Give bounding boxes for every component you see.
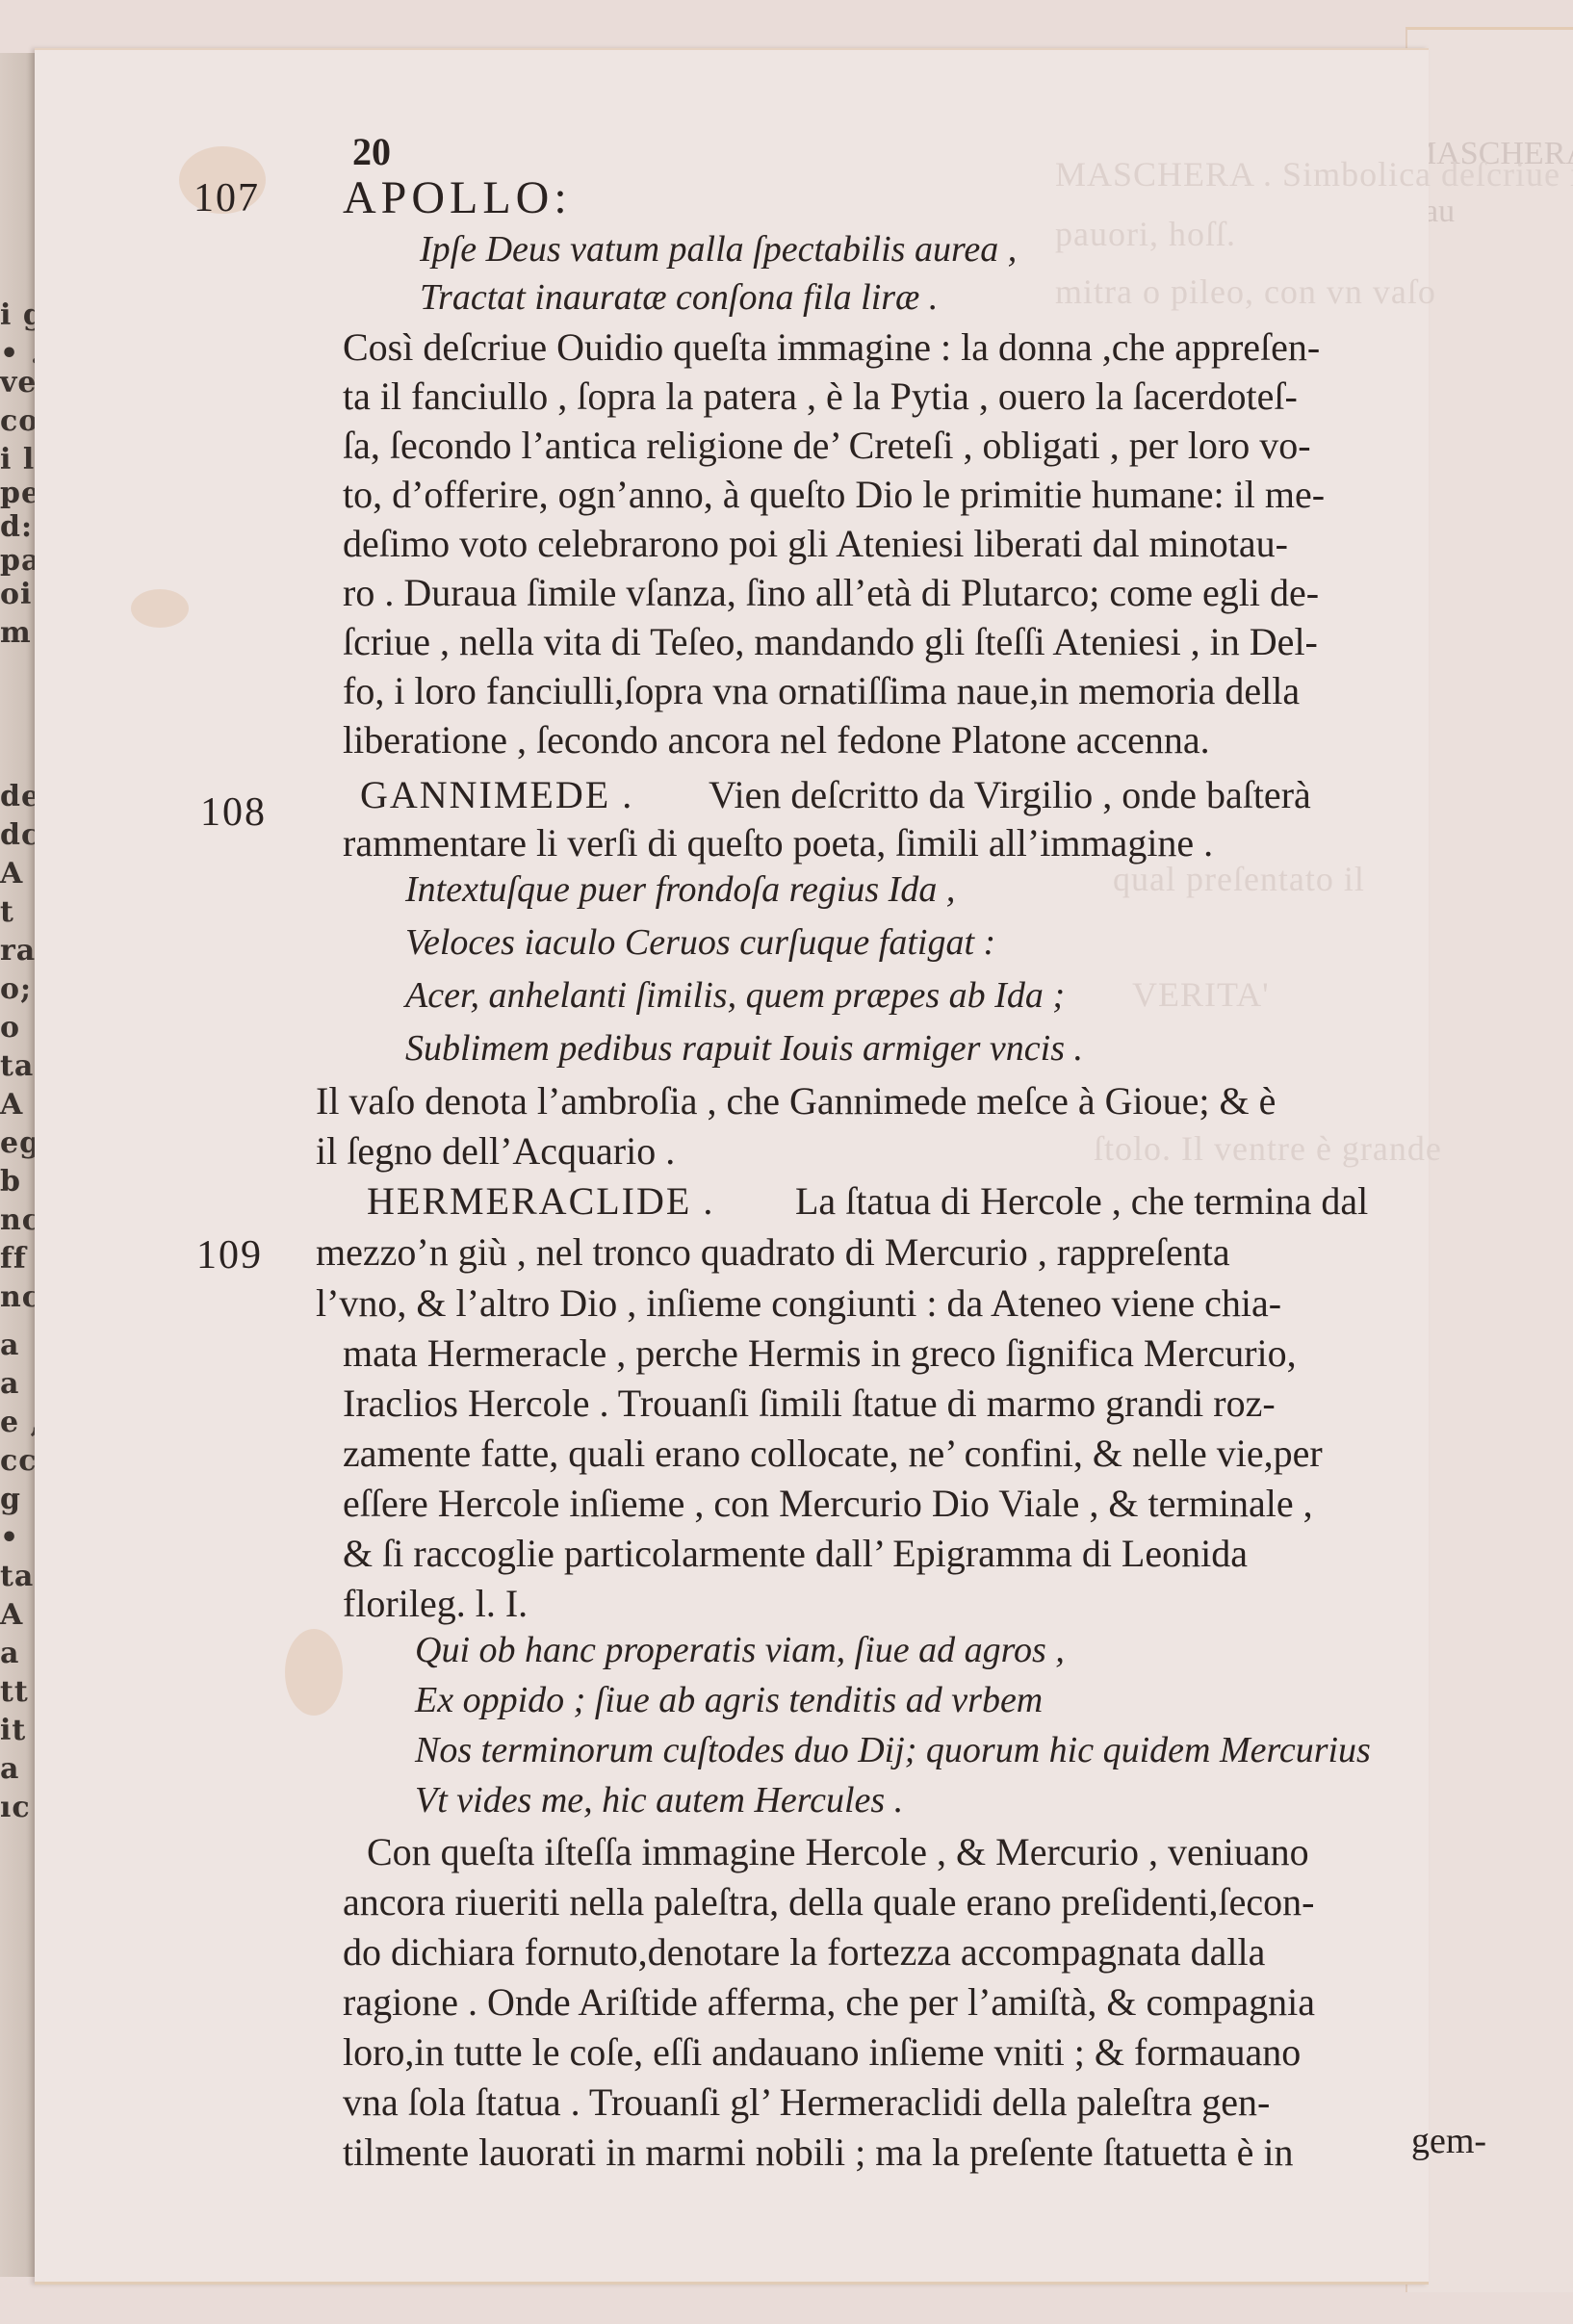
underlying-page-text-fragment: d:	[0, 510, 37, 544]
prose-line: Iraclios Hercole . Trouanſi ſimili ſtatu…	[343, 1381, 1276, 1426]
prose-line: ro . Duraua ſimile vſanza, ſino all’età …	[343, 570, 1319, 615]
underlying-page-text-fragment: A	[0, 857, 37, 891]
underlying-page-text-fragment: e ,	[0, 1406, 37, 1439]
underlying-page-text-fragment: ta	[0, 1049, 37, 1083]
underlying-page-text-fragment: a	[0, 1752, 37, 1786]
underlying-page-text-fragment: i l	[0, 443, 37, 477]
underlying-page-text-fragment: ff	[0, 1242, 37, 1276]
underlying-page-text-fragment: b	[0, 1165, 37, 1199]
bleed-through-text: pauori, hoſſ.	[1055, 214, 1236, 254]
verse-line: Tractat inauratæ conſona fila liræ .	[420, 276, 938, 319]
prose-line: to, d’offerire, ogn’anno, à queſto Dio l…	[343, 472, 1325, 517]
underlying-page-text-fragment: a	[0, 1367, 37, 1401]
underlying-page-text-fragment: m	[0, 616, 37, 650]
prose-line: tilmente lauorati in marmi nobili ; ma l…	[343, 2130, 1293, 2175]
prose-line: ſcriue , nella vita di Teſeo, mandando g…	[343, 619, 1318, 664]
prose-line: Con queſta iſteſſa immagine Hercole , & …	[367, 1829, 1309, 1874]
prose-line: ancora riueriti nella paleſtra, della qu…	[343, 1879, 1315, 1924]
underlying-page-text-fragment: eg	[0, 1126, 37, 1160]
underlying-page-text-fragment: de	[0, 780, 37, 813]
prose-line: eſſere Hercole inſieme , con Mercurio Di…	[343, 1481, 1313, 1526]
prose-line: mata Hermeracle , perche Hermis in greco…	[343, 1330, 1297, 1376]
prose-line: ragione . Onde Ariſtide afferma, che per…	[343, 1979, 1315, 2025]
underlying-page-text-fragment: •	[0, 1521, 37, 1555]
underlying-page-edge: i g• .vecoi lped:paoimdedcAtrao;otaAegbn…	[0, 53, 37, 2277]
underlying-page-text-fragment: o	[0, 1011, 37, 1045]
underlying-page-text-fragment: pe	[0, 477, 37, 510]
verse-line: Ex oppido ; ſiue ab agris tenditis ad vr…	[415, 1679, 1043, 1721]
verse-line: Qui ob hanc properatis viam, ſiue ad agr…	[415, 1629, 1065, 1671]
verse-line: Veloces iaculo Ceruos curſuque fatigat :	[405, 921, 995, 964]
bleed-through-text: MASCHERA . Simbolica deſcriue il	[1055, 154, 1573, 194]
prose-line: ſa, ſecondo l’antica religione de’ Crete…	[343, 423, 1311, 468]
prose-line: mezzo’n giù , nel tronco quadrato di Mer…	[316, 1229, 1230, 1275]
underlying-page-text-fragment: co	[0, 404, 37, 438]
verse-line: Sublimem pedibus rapuit Iouis armiger vn…	[405, 1027, 1083, 1070]
bleed-through-text: mitra o pileo, con vn vaſo	[1055, 271, 1436, 312]
underlying-page-text-fragment: i g	[0, 298, 37, 332]
prose-line: rammentare li verſi di queſto poeta, ſim…	[343, 820, 1213, 865]
verse-line: Acer, anhelanti ſimilis, quem præpes ab …	[405, 974, 1065, 1017]
foxing-stain	[131, 589, 189, 628]
foxing-stain	[285, 1629, 343, 1716]
underlying-page-text-fragment: a	[0, 1329, 37, 1362]
bleed-through-text: pau	[1407, 194, 1573, 230]
verse-line: Ipſe Deus vatum palla ſpectabilis aurea …	[420, 228, 1017, 271]
underlying-page-text-fragment: a	[0, 1637, 37, 1670]
underlying-page-text-fragment: o;	[0, 972, 37, 1006]
verse-line: Intextuſque puer frondoſa regius Ida ,	[405, 868, 955, 911]
prose-line: La ſtatua di Hercole , che termina dal	[795, 1178, 1368, 1224]
prose-line: Così deſcriue Ouidio queſta immagine : l…	[343, 324, 1320, 370]
underlying-page-text-fragment: dc	[0, 818, 37, 852]
prose-line: Il vaſo denota l’ambroſia , che Gannimed…	[316, 1078, 1276, 1123]
prose-line: florileg. l. I.	[343, 1581, 528, 1626]
underlying-page-text-fragment: nc	[0, 1203, 37, 1237]
prose-line: zamente fatte, quali erano collocate, ne…	[343, 1431, 1323, 1476]
verse-line: Nos terminorum cuſtodes duo Dij; quorum …	[415, 1729, 1371, 1771]
prose-line: deſimo voto celebrarono poi gli Ateniesi…	[343, 521, 1288, 566]
prose-line: liberatione , ſecondo ancora nel fedone …	[343, 717, 1210, 762]
underlying-page-text-fragment: ra	[0, 934, 37, 968]
bleed-through-text: ſtolo. Il ventre è grande	[1094, 1128, 1442, 1169]
entry-number: 109	[196, 1232, 263, 1278]
underlying-page-text-fragment: t	[0, 895, 37, 929]
entry-heading: HERMERACLIDE .	[367, 1178, 714, 1224]
underlying-page-text-fragment: g	[0, 1483, 37, 1516]
underlying-page-text-fragment: tt	[0, 1675, 37, 1709]
underlying-page-text-fragment: ıc	[0, 1791, 37, 1824]
underlying-page-text-fragment: A	[0, 1598, 37, 1632]
underlying-page-text-fragment: ta	[0, 1560, 37, 1593]
underlying-page-text-fragment: pa	[0, 544, 37, 578]
underlying-page-text-fragment: A	[0, 1088, 37, 1122]
underlying-page-text-fragment: cc	[0, 1444, 37, 1478]
prose-line: Vien deſcritto da Virgilio , onde baſter…	[709, 772, 1311, 817]
entry-number: 108	[200, 789, 267, 836]
catchword: gem-	[1411, 2120, 1486, 2162]
bleed-through-text: VERITA'	[1132, 974, 1270, 1015]
prose-line: ta il fanciullo , ſopra la patera , è la…	[343, 374, 1298, 419]
underlying-page-text-fragment: oi	[0, 578, 37, 611]
underlying-page-text-fragment: it	[0, 1714, 37, 1747]
book-page: MASCHERA . Simbolica deſcriue il pauori,…	[35, 48, 1429, 2285]
prose-line: loro,in tutte le coſe, eſſi andauano inſ…	[343, 2029, 1301, 2075]
verse-line: Vt vides me, hic autem Hercules .	[415, 1779, 903, 1821]
page-number: 20	[352, 129, 391, 174]
prose-line: vna ſola ſtatua . Trouanſi gl’ Hermeracl…	[343, 2079, 1270, 2125]
prose-line: l’vno, & l’altro Dio , inſieme congiunti…	[316, 1280, 1281, 1326]
prose-line: & ſi raccoglie particolarmente dall’ Epi…	[343, 1531, 1248, 1576]
prose-line: do dichiara fornuto,denotare la fortezza…	[343, 1929, 1265, 1975]
prose-line: fo, i loro fanciulli,ſopra vna ornatiſſi…	[343, 668, 1300, 713]
entry-heading: APOLLO:	[343, 171, 572, 224]
prose-line: il ſegno dell’Acquario .	[316, 1128, 675, 1174]
entry-number: 107	[193, 175, 260, 221]
underlying-page-text-fragment: ve	[0, 366, 37, 400]
underlying-page-text-fragment: nc	[0, 1280, 37, 1314]
entry-heading: GANNIMEDE .	[360, 772, 633, 817]
